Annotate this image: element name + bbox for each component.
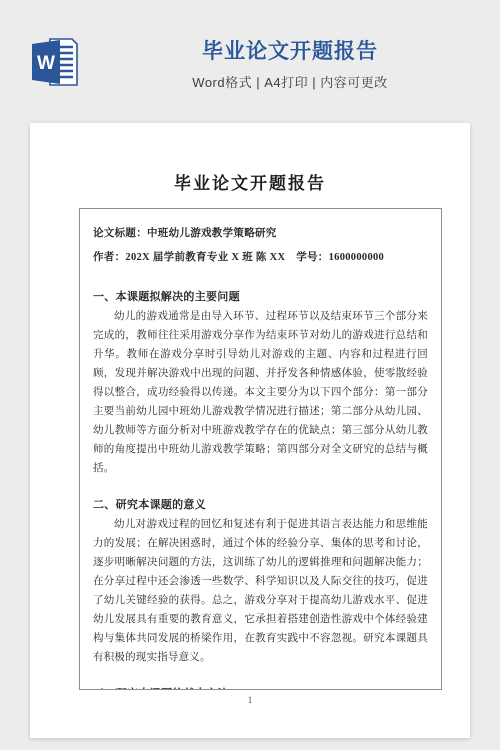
template-preview: W 毕业论文开题报告 Word格式 | A4打印 | 内容可更改 毕业论文开题报… [0,0,500,91]
section-1-heading: 一、本课题拟解决的主要问题 [93,288,428,307]
header: W 毕业论文开题报告 Word格式 | A4打印 | 内容可更改 [0,0,500,91]
section-2-body: 幼儿对游戏过程的回忆和复述有利于促进其语言表达能力和思维能力的发展；在解决困惑时… [93,515,428,667]
section-2-heading: 二、研究本课题的意义 [93,496,428,515]
word-icon: W [30,36,80,88]
word-icon-letter: W [37,53,55,74]
section-1: 一、本课题拟解决的主要问题 幼儿的游戏通常是由导入环节、过程环节以及结束环节三个… [93,288,428,478]
document-title: 毕业论文开题报告 [30,123,470,194]
section-1-body: 幼儿的游戏通常是由导入环节、过程环节以及结束环节三个部分来完成的，教师往往采用游… [93,307,428,478]
header-title: 毕业论文开题报告 [80,38,500,65]
section-3-heading: 三、研究本课题的基本方法 [93,685,428,690]
content-box: 论文标题：中班幼儿游戏教学策略研究 作者：202X 届学前教育专业 X 班 陈 … [79,208,442,690]
document-page: 毕业论文开题报告 论文标题：中班幼儿游戏教学策略研究 作者：202X 届学前教育… [30,123,470,738]
page-number: 1 [30,695,470,705]
author-line: 作者：202X 届学前教育专业 X 班 陈 XX 学号：1600000000 [93,246,428,270]
section-3: 三、研究本课题的基本方法 [93,685,428,690]
header-subtitle: Word格式 | A4打印 | 内容可更改 [80,72,500,91]
header-text: 毕业论文开题报告 Word格式 | A4打印 | 内容可更改 [80,36,500,91]
thesis-title-line: 论文标题：中班幼儿游戏教学策略研究 [93,222,428,246]
section-2: 二、研究本课题的意义 幼儿对游戏过程的回忆和复述有利于促进其语言表达能力和思维能… [93,496,428,667]
